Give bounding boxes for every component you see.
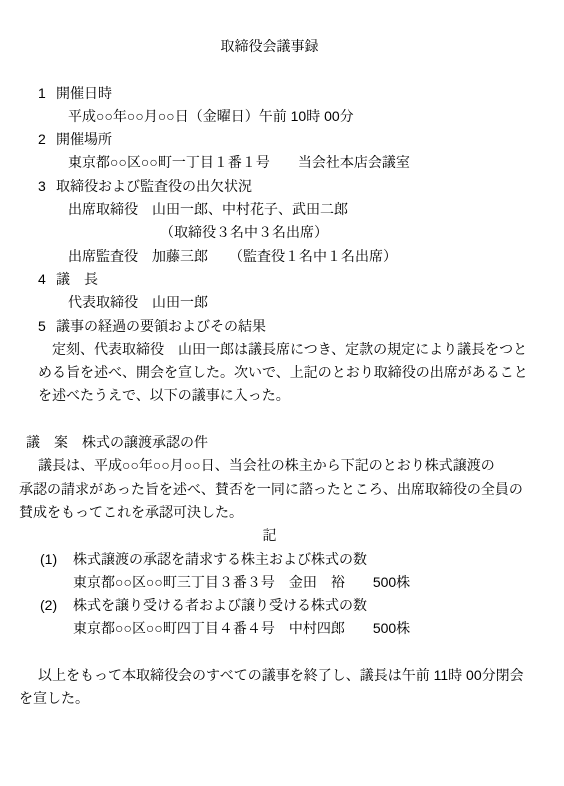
item-label: 取締役および監査役の出欠状況 — [56, 178, 252, 194]
item-label: 議事の経過の要領およびその結果 — [56, 318, 266, 334]
ki-heading: 記 — [19, 524, 520, 547]
item-label: 議 長 — [56, 271, 98, 287]
item-number: 5 — [38, 315, 56, 338]
document-title: 取締役会議事録 — [19, 35, 520, 58]
paragraph-line: 承認の請求があった旨を述べ、賛否を一同に諮ったところ、出席取締役の全員の — [19, 478, 520, 501]
attendance-note: （取締役３名中３名出席） — [160, 221, 520, 244]
blank-line — [19, 58, 520, 81]
numbered-item: 1開催日時 — [38, 82, 520, 105]
numbered-item: 5議事の経過の要領およびその結果 — [38, 315, 520, 338]
document-page: 取締役会議事録 1開催日時平成○○年○○月○○日（金曜日）午前 10時 00分2… — [0, 0, 564, 786]
item-number: 3 — [38, 175, 56, 198]
item-number: 1 — [38, 82, 56, 105]
paragraph-line: を述べたうえで、以下の議事に入った。 — [38, 384, 520, 407]
detail-line: 平成○○年○○月○○日（金曜日）午前 10時 00分 — [68, 105, 520, 128]
item-label: 開催場所 — [56, 131, 112, 147]
numbered-item: 3取締役および監査役の出欠状況 — [38, 175, 520, 198]
paragraph-line: 定刻、代表取締役 山田一郎は議長席につき、定款の規定により議長をつと — [52, 338, 520, 361]
paragraph-line: 賛成をもってこれを承認可決した。 — [19, 501, 520, 524]
item-number: (1) — [40, 548, 73, 571]
detail-line: 出席監査役 加藤三郎 （監査役１名中１名出席） — [68, 245, 520, 268]
item-number: 4 — [38, 268, 56, 291]
numbered-item: 2開催場所 — [38, 128, 520, 151]
item-label: 開催日時 — [56, 85, 112, 101]
blank-line — [19, 641, 520, 664]
detail-line: 代表取締役 山田一郎 — [68, 291, 520, 314]
item-number: (2) — [40, 594, 73, 617]
detail-line: 出席取締役 山田一郎、中村花子、武田二郎 — [68, 198, 520, 221]
enum-item: (1)株式譲渡の承認を請求する株主および株式の数 — [40, 548, 520, 571]
address-line: 東京都○○区○○町四丁目４番４号 中村四郎 500株 — [73, 617, 520, 640]
enum-item: (2)株式を譲り受ける者および譲り受ける株式の数 — [40, 594, 520, 617]
paragraph-line: を宣した。 — [19, 687, 520, 710]
item-label: 株式を譲り受ける者および譲り受ける株式の数 — [73, 597, 367, 613]
item-label: 株式譲渡の承認を請求する株主および株式の数 — [73, 551, 367, 567]
agenda-heading: 議 案 株式の譲渡承認の件 — [26, 431, 520, 454]
paragraph-line: 以上をもって本取締役会のすべての議事を終了し、議長は午前 11時 00分閉会 — [38, 664, 520, 687]
paragraph-line: める旨を述べ、開会を宣した。次いで、上記のとおり取締役の出席があること — [38, 361, 520, 384]
numbered-item: 4議 長 — [38, 268, 520, 291]
detail-line: 東京都○○区○○町一丁目１番１号 当会社本店会議室 — [68, 151, 520, 174]
blank-line — [19, 408, 520, 431]
item-number: 2 — [38, 128, 56, 151]
paragraph-line: 議長は、平成○○年○○月○○日、当会社の株主から下記のとおり株式譲渡の — [38, 454, 520, 477]
address-line: 東京都○○区○○町三丁目３番３号 金田 裕 500株 — [73, 571, 520, 594]
